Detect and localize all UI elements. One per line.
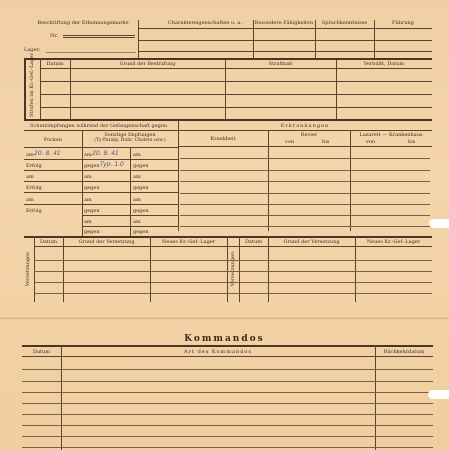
row-line xyxy=(82,215,179,216)
col-lazarett: Lazarett — Krankenhaus xyxy=(350,132,432,138)
vacc-label: Erfolg xyxy=(26,163,42,169)
col-served: Verbüßt, Datum xyxy=(336,61,432,67)
row-line xyxy=(24,159,179,160)
section-border xyxy=(22,345,433,347)
row-line xyxy=(24,147,179,148)
col-revier: Revier xyxy=(268,132,350,138)
row-line xyxy=(180,158,430,159)
row-line xyxy=(178,130,432,131)
row-line xyxy=(22,392,433,393)
vacc-label: am xyxy=(133,197,141,203)
row-line xyxy=(40,107,432,108)
divider xyxy=(336,60,337,120)
lager-line xyxy=(46,52,136,53)
row-line xyxy=(24,204,179,205)
col-sentence: Strafmaß xyxy=(225,61,336,67)
col-date: Datum xyxy=(34,239,63,245)
vacc-label: gegen xyxy=(84,229,100,235)
vacc-label: am xyxy=(84,197,92,203)
row-line xyxy=(24,192,179,193)
col-bis: bis xyxy=(408,139,415,145)
row-line xyxy=(180,193,430,194)
paper-fold xyxy=(0,317,449,318)
punishments-side-label: Strafen im Kr.-Gef.-Lager xyxy=(29,57,35,117)
vaccinations-title: Schutzimpfungen während der Gefangenscha… xyxy=(30,123,167,129)
vacc-label: gegen xyxy=(84,185,100,191)
handwritten-date: 20. 8. 41 xyxy=(92,150,119,157)
col-illness: Krankheit xyxy=(178,136,268,142)
col-date: Datum xyxy=(239,239,268,245)
vacc-label: am xyxy=(26,152,34,158)
illnesses-title: Erkrankungen xyxy=(178,123,432,129)
col-von: von xyxy=(366,139,375,145)
handwritten-date: 20. 8. 41 xyxy=(34,150,61,157)
row-line xyxy=(24,170,179,171)
col-bis: bis xyxy=(322,139,329,145)
row-line xyxy=(34,260,432,261)
divider xyxy=(225,60,226,120)
row-line xyxy=(24,130,179,131)
vacc-label: am xyxy=(84,152,92,158)
row-line xyxy=(180,181,430,182)
nr-label: Nr. xyxy=(50,33,58,39)
id-tag-label: Beschriftung der Erkennungsmarke xyxy=(28,20,138,26)
row-line xyxy=(22,425,433,426)
col-other-vacc-sub: (Ty-Paratp, Ruhr, Cholera usw.) xyxy=(82,138,178,144)
col-date: Datum xyxy=(22,349,61,355)
row-line xyxy=(34,246,432,247)
vacc-label: am xyxy=(133,219,141,225)
row-line xyxy=(22,369,433,370)
section-border xyxy=(24,236,432,238)
vacc-label: gegen xyxy=(133,163,149,169)
section-border xyxy=(24,58,432,60)
vacc-label: am xyxy=(26,197,34,203)
col-conduct: Führung xyxy=(374,20,432,26)
commands-title: Kommandos xyxy=(0,334,449,344)
col-reason: Grund der Versetzung xyxy=(63,239,150,245)
vacc-label: gegen xyxy=(84,208,100,214)
row-line xyxy=(22,436,433,437)
vacc-label: gegen xyxy=(133,229,149,235)
row-line xyxy=(24,181,179,182)
row-line xyxy=(138,28,432,29)
vacc-label: Erfolg xyxy=(26,208,42,214)
row-line xyxy=(180,204,430,205)
col-date: Datum xyxy=(40,61,70,67)
col-von: von xyxy=(285,139,294,145)
section-border xyxy=(24,119,432,121)
vacc-label: am xyxy=(133,174,141,180)
vacc-label: am xyxy=(84,174,92,180)
row-line xyxy=(180,170,430,171)
row-line xyxy=(34,293,432,294)
row-line xyxy=(180,215,430,216)
row-line xyxy=(34,271,432,272)
row-line xyxy=(22,403,433,404)
col-character: Charaktereigenschaften u. a. xyxy=(140,20,270,26)
col-reason: Grund der Bestrafung xyxy=(70,61,225,67)
col-new-camp: Neues Kr.-Gef.-Lager xyxy=(355,239,432,245)
col-abilities: Besondere Fähigkeiten xyxy=(253,20,315,26)
section-border xyxy=(24,58,26,120)
col-new-camp: Neues Kr.-Gef.-Lager xyxy=(150,239,227,245)
row-line xyxy=(34,282,432,283)
vacc-label: am xyxy=(26,174,34,180)
punch-notch xyxy=(428,390,449,399)
row-line xyxy=(138,51,432,52)
row-line xyxy=(40,81,432,82)
vacc-label: am xyxy=(84,219,92,225)
punch-notch xyxy=(429,219,449,228)
nr-line xyxy=(63,35,135,36)
vacc-label: am xyxy=(133,152,141,158)
row-line xyxy=(178,146,432,147)
col-return-date: Rückkehrdatum xyxy=(375,349,433,355)
vacc-label: gegen xyxy=(133,185,149,191)
row-line xyxy=(180,226,430,227)
col-pocken: Pocken xyxy=(24,137,82,143)
divider xyxy=(82,130,83,236)
pow-record-card: Beschriftung der Erkennungsmarke Nr. Lag… xyxy=(0,0,449,450)
vacc-label: gegen xyxy=(133,208,149,214)
nr-line-2 xyxy=(63,37,135,38)
row-line xyxy=(22,381,433,382)
col-languages: Sprachkenntnisse xyxy=(315,20,374,26)
row-line xyxy=(40,94,432,95)
divider xyxy=(138,20,139,58)
col-command-type: Art des Kommandos xyxy=(61,349,375,355)
row-line xyxy=(82,226,179,227)
vacc-label: Erfolg xyxy=(26,185,42,191)
row-line xyxy=(138,40,432,41)
transfers-side-label-left: Versetzungen xyxy=(25,239,31,299)
col-reason: Grund der Versetzung xyxy=(268,239,355,245)
row-line xyxy=(22,356,433,357)
row-line xyxy=(40,68,432,69)
divider xyxy=(61,345,62,450)
divider xyxy=(375,345,376,450)
handwritten-vaccine: Typ. 1.0 xyxy=(100,161,124,168)
transfers-side-label-right: Versetzungen xyxy=(230,239,236,299)
row-line xyxy=(22,447,433,448)
row-line xyxy=(22,414,433,415)
vacc-label: gegen xyxy=(84,163,100,169)
